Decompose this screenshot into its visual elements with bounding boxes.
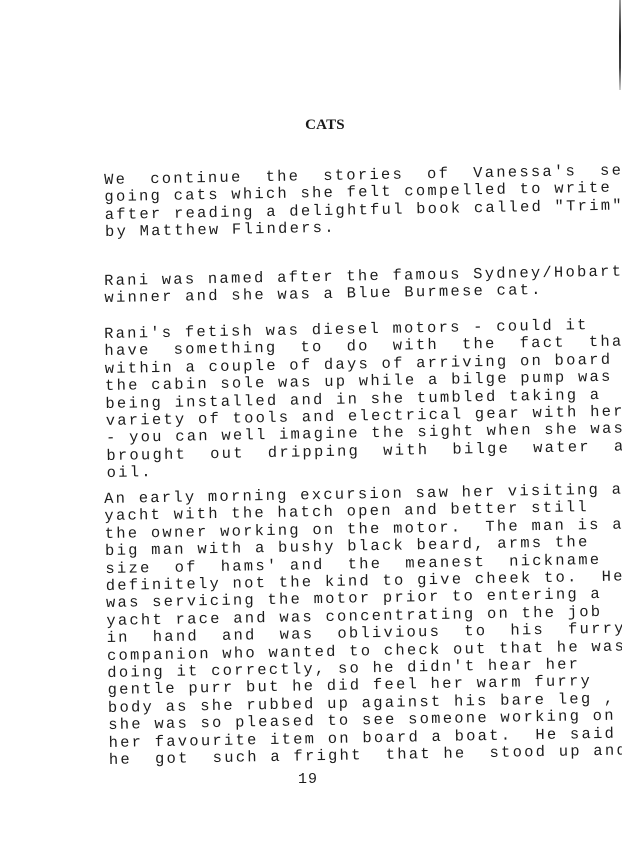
document-page: CATS We continue the stories of Vanessa'…: [0, 0, 622, 851]
paragraph-intro: We continue the stories of Vanessa's sea…: [104, 164, 565, 242]
page-number: 19: [0, 771, 616, 788]
paragraph-rani-fetish: Rani's fetish was diesel motors - could …: [104, 318, 567, 483]
paragraph-rani-name: Rani was named after the famous Sydney/H…: [104, 265, 565, 308]
paragraph-early-morning: An early morning excursion saw her visit…: [104, 483, 569, 770]
scan-edge-artifact: [619, 0, 621, 90]
page-title: CATS: [0, 117, 622, 134]
